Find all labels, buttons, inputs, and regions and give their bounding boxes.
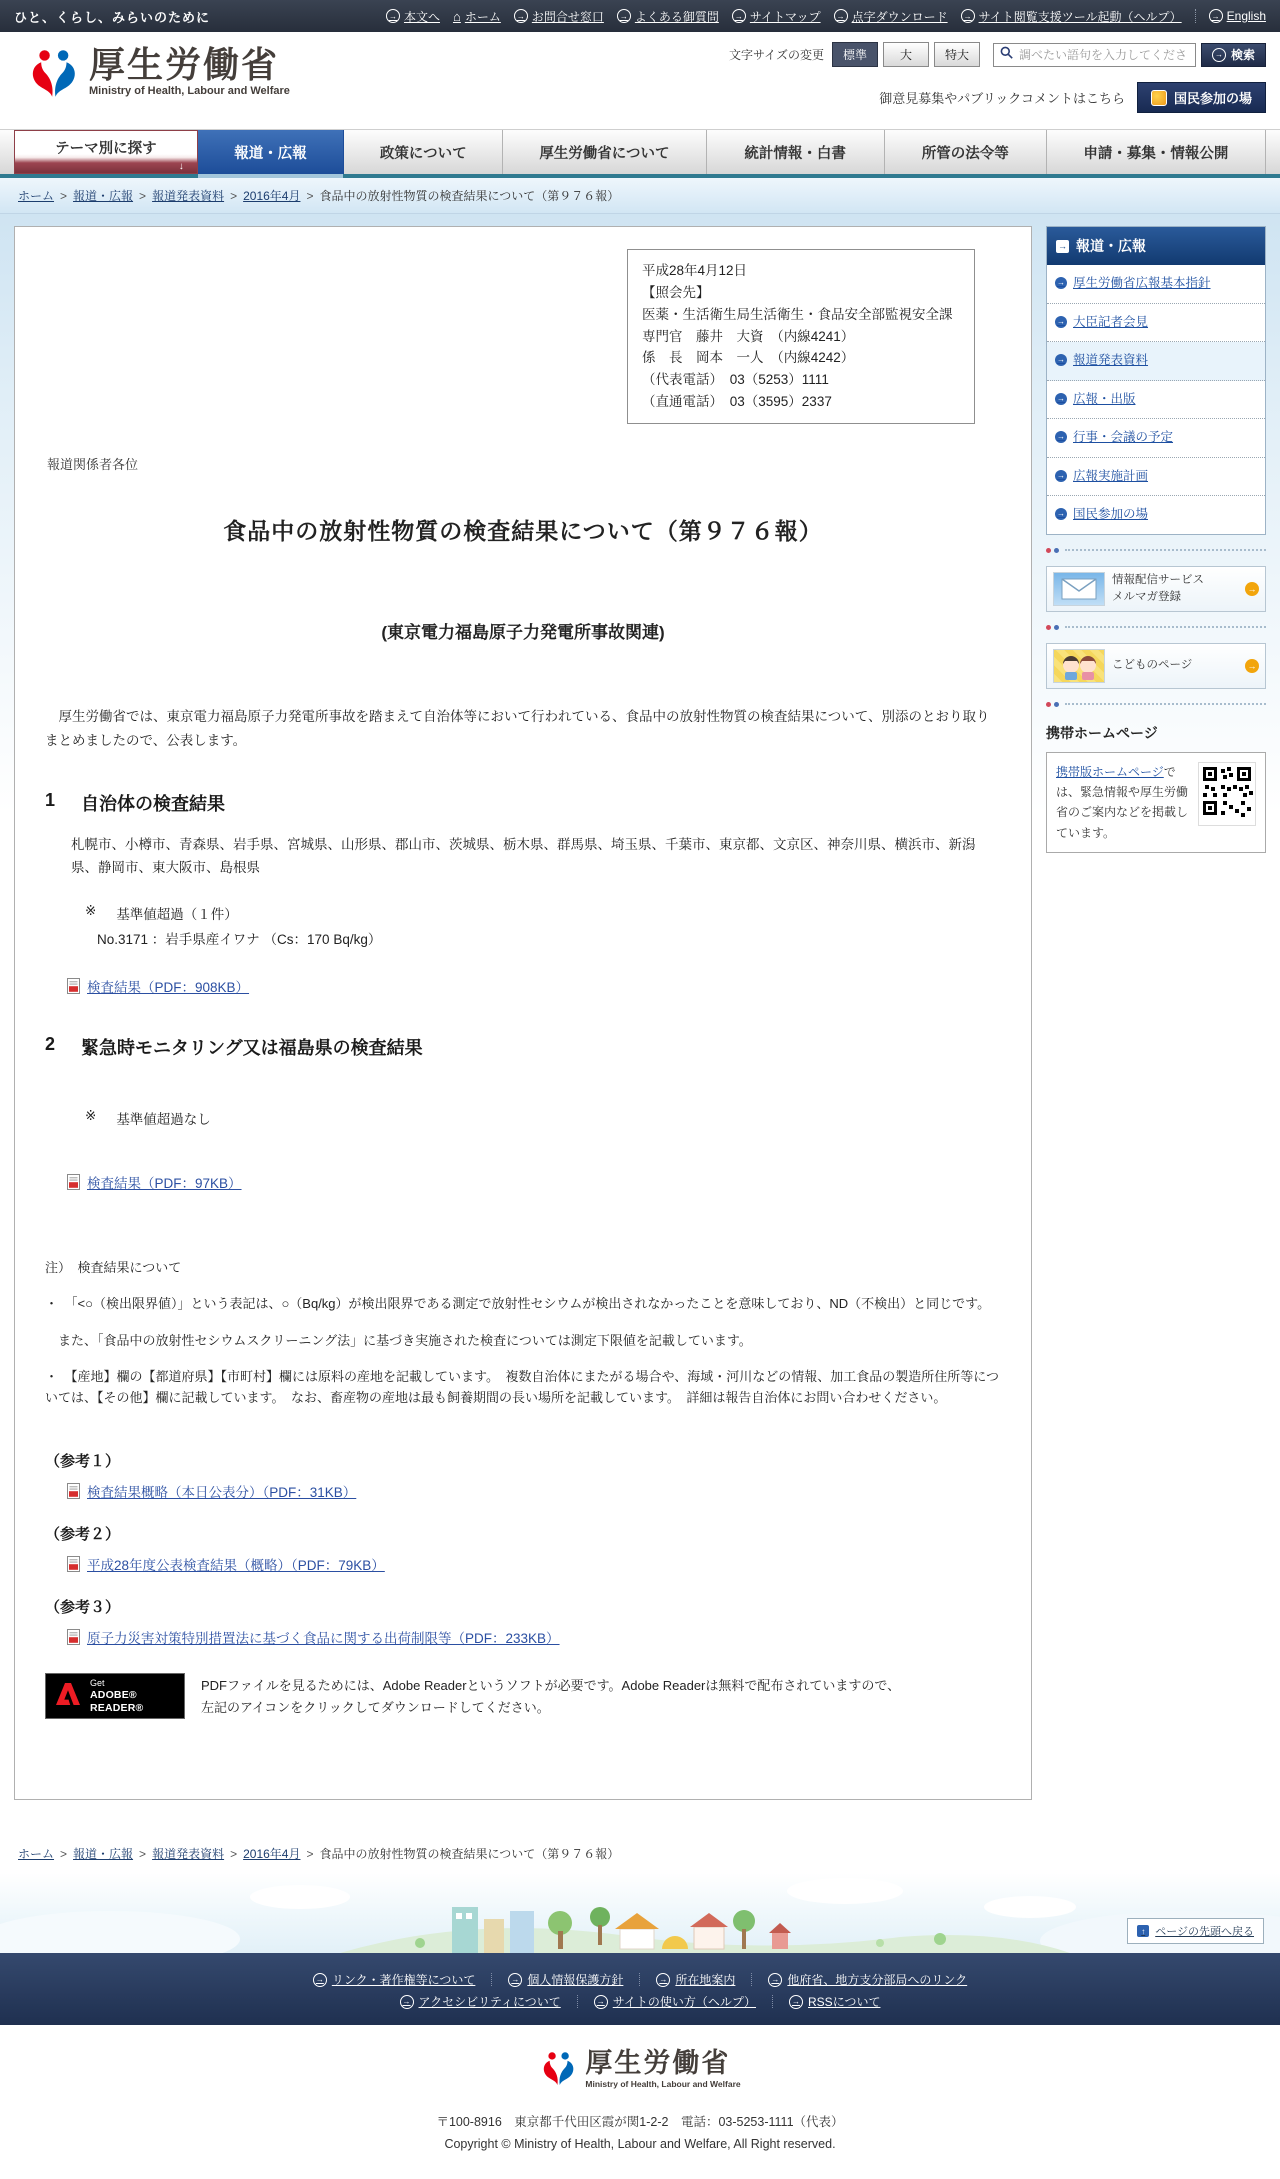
tab-applications[interactable]: 申請・募集・情報公開 [1047,130,1266,174]
mhlw-logo-icon [26,46,80,107]
contact-department: 医薬・生活衛生局生活衛生・食品安全部監視安全課 [642,304,960,326]
section-2-heading: 2緊急時モニタリング又は福島県の検査結果 [45,1034,1001,1060]
sidebar-header-label: 報道・広報 [1076,236,1146,256]
reference-2: （参考２） 平成28年度公表検査結果（概略）（PDF：79KB） [45,1523,1001,1574]
section-number: 1 [45,790,55,816]
back-to-top-label: ページの先頭へ戻る [1155,1923,1254,1939]
banner-text: こどものページ [1112,657,1238,673]
arrow-circle-icon: → [1055,354,1067,366]
font-size-large-button[interactable]: 大 [883,42,929,67]
chevron-down-icon: ↓ [179,161,184,172]
header-tools-row: 文字サイズの変更 標準 大 特大 →検索 [729,42,1266,67]
breadcrumb: ホーム> 報道・広報> 報道発表資料> 2016年4月> 食品中の放射性物質の検… [0,178,1280,214]
sidebar-item-pr-policy[interactable]: →厚生労働省広報基本指針 [1047,265,1265,304]
arrow-circle-icon: → [768,1973,782,1987]
pdf-link-row: 原子力災害対策特別措置法に基づく食品に関する出荷制限等（PDF：233KB） [67,1627,1001,1647]
salutation: 報道関係者各位 [47,454,1001,473]
footer-bottom: 厚生労働省 Ministry of Health, Labour and Wel… [0,2025,1280,2179]
intro-paragraph: 厚生労働省では、東京電力福島原子力発電所事故を踏まえて自治体等において行われてい… [45,705,1001,752]
breadcrumb-separator: > [230,1847,237,1861]
arrow-circle-icon: → [594,1995,608,2009]
divider [1046,625,1266,630]
mhlw-logo-icon [539,2049,577,2094]
link-label: RSSについて [808,1993,880,2010]
breadcrumb-april-2016[interactable]: 2016年4月 [243,1845,300,1862]
tab-statistics[interactable]: 統計情報・白書 [707,130,885,174]
pdf-link-row: 検査結果（PDF：97KB） [67,1172,1001,1192]
divider [1046,702,1266,707]
footer-link-other-ministries[interactable]: →他府省、地方支分部局へのリンク [752,1971,983,1988]
link-label: 点字ダウンロード [852,8,948,25]
arrow-circle-icon: → [656,1973,670,1987]
press-release-date: 平成28年4月12日 [642,260,960,282]
sidebar-item-pr-plan[interactable]: →広報実施計画 [1047,458,1265,497]
arrow-circle-icon: → [1212,48,1226,62]
pdf-link-reference-2[interactable]: 平成28年度公表検査結果（概略）（PDF：79KB） [87,1554,385,1574]
page-subtitle: (東京電力福島原子力発電所事故関連) [45,618,1001,643]
contact-phone-main: （代表電話） 03（5253）1111 [642,369,960,391]
footer-link-location[interactable]: →所在地案内 [640,1971,751,1988]
town-scene [0,1873,1280,1953]
footer-address: 〒100-8916 東京都千代田区霞が関1-2-2 電話：03-5253-111… [0,2112,1280,2130]
arrow-circle-icon: → [508,1973,522,1987]
link-label: サイトの使い方（ヘルプ） [613,1993,756,2010]
footer-links: →リンク・著作権等について →個人情報保護方針 →所在地案内 →他府省、地方支分… [0,1953,1280,2025]
contact-heading: 【照会先】 [642,282,960,304]
font-size-standard-button[interactable]: 標準 [832,42,878,67]
arrow-circle-icon: → [1055,431,1067,443]
mobile-homepage-heading: 携帯ホームページ [1046,723,1266,743]
adobe-reader-section: Get ADOBE® READER® PDFファイルを見るためには、Adobe … [45,1673,1001,1719]
header-right: 文字サイズの変更 標準 大 特大 →検索 御意見募集やパブリックコメントはこちら… [729,42,1266,113]
link-label: 所在地案内 [675,1971,735,1988]
sitemap-link[interactable]: →サイトマップ [732,8,821,25]
logo-subtitle: Ministry of Health, Labour and Welfare [89,85,290,97]
adobe-name-label: ADOBE® READER® [90,1689,175,1715]
notes-item-1b: また、「食品中の放射性セシウムスクリーニング法」に基づき実施された検査については… [45,1331,1001,1352]
adobe-get-label: Get [90,1678,175,1689]
arrow-circle-icon: → [1055,316,1067,328]
footer-copyright: Copyright © Ministry of Health, Labour a… [0,2137,1280,2151]
children-icon [1053,649,1105,683]
sidebar-item-label: 大臣記者会見 [1073,314,1148,332]
search-box [993,43,1196,67]
arrow-circle-icon: → [961,9,975,23]
envelope-icon [1053,572,1105,606]
banner-line-1: 情報配信サービス [1112,572,1238,588]
notes-heading: 注） 検査結果について [45,1258,1001,1279]
arrow-circle-icon: → [732,9,746,23]
search-icon [1000,46,1013,64]
section-number: 2 [45,1034,55,1060]
mobile-homepage-link[interactable]: 携帯版ホームページ [1056,765,1164,779]
main-content: 平成28年4月12日 【照会先】 医薬・生活衛生局生活衛生・食品安全部監視安全課… [14,226,1032,1800]
tab-laws[interactable]: 所管の法令等 [885,130,1047,174]
breadcrumb-separator: > [60,1847,67,1861]
qr-code [1198,762,1256,826]
pdf-icon [67,1556,80,1572]
notes-item-1: ・ 「<○（検出限界値）」という表記は、○（Bq/kg）が検出限界である測定で放… [45,1294,1001,1315]
site-tagline: ひと、くらし、みらいのために [14,7,210,26]
breadcrumb-home[interactable]: ホーム [18,187,54,204]
breadcrumb-separator: > [306,1847,313,1861]
sidebar-item-minister-conference[interactable]: →大臣記者会見 [1047,304,1265,343]
tab-press[interactable]: 報道・広報 [198,130,344,174]
link-label: サイト閲覧支援ツール起動（ヘルプ） [979,8,1182,25]
contact-person-1: 専門官 藤井 大資 （内線4241） [642,326,960,348]
contact-info-box: 平成28年4月12日 【照会先】 医薬・生活衛生局生活衛生・食品安全部監視安全課… [627,249,975,424]
arrow-circle-icon: → [1055,508,1067,520]
link-label: English [1227,9,1266,23]
section-title: 緊急時モニタリング又は福島県の検査結果 [81,1034,423,1060]
search-button[interactable]: →検索 [1201,43,1266,67]
sidebar-item-press-releases[interactable]: →報道発表資料 [1047,342,1265,381]
tab-label: テーマ別に探す [55,137,157,158]
font-size-xlarge-button[interactable]: 特大 [934,42,980,67]
contact-link[interactable]: →お問合せ窓口 [514,8,604,25]
footer-link-rss[interactable]: →RSSについて [773,1993,896,2010]
site-header: 厚生労働省 Ministry of Health, Labour and Wel… [0,32,1280,129]
adobe-reader-badge[interactable]: Get ADOBE® READER® [45,1673,185,1719]
sidebar-nav: →報道・広報 →厚生労働省広報基本指針 →大臣記者会見 →報道発表資料 →広報・… [1046,226,1266,535]
footer-logo-title: 厚生労働省 [585,2049,740,2077]
skip-to-content-link[interactable]: →本文へ [386,8,440,25]
sidebar-item-label: 報道発表資料 [1073,352,1148,370]
faq-link[interactable]: →よくある御質問 [617,8,719,25]
municipality-list: 札幌市、小樽市、青森県、岩手県、宮城県、山形県、郡山市、茨城県、栃木県、群馬県、… [71,834,1001,879]
breadcrumb-separator: > [306,189,313,203]
back-to-top-button[interactable]: ↑ページの先頭へ戻る [1127,1918,1264,1944]
breadcrumb-bottom: ホーム> 報道・広報> 報道発表資料> 2016年4月> 食品中の放射性物質の検… [0,1834,1280,1873]
arrow-circle-icon: → [834,9,848,23]
note-mark: ※ [85,1108,96,1128]
pdf-link-reference-3[interactable]: 原子力災害対策特別措置法に基づく食品に関する出荷制限等（PDF：233KB） [87,1627,560,1647]
breadcrumb-press[interactable]: 報道・広報 [73,187,133,204]
search-button-label: 検索 [1231,46,1255,63]
breadcrumb-current: 食品中の放射性物質の検査結果について（第９７６報） [319,1845,619,1862]
pdf-link-reference-1[interactable]: 検査結果概略（本日公表分）（PDF：31KB） [87,1481,356,1501]
top-utility-bar: ひと、くらし、みらいのために →本文へ ⌂ホーム →お問合せ窓口 →よくある御質… [0,0,1280,32]
footer-illustration: ↑ページの先頭へ戻る [0,1873,1280,1953]
arrow-circle-icon: → [1245,659,1259,673]
footer-links-row-1: →リンク・著作権等について →個人情報保護方針 →所在地案内 →他府省、地方支分… [0,1971,1280,1988]
banner-text: 情報配信サービス メルマガ登録 [1112,572,1238,604]
arrow-circle-icon: → [1055,393,1067,405]
footer-link-privacy[interactable]: →個人情報保護方針 [492,1971,639,1988]
people-icon [1151,90,1167,106]
reference-label: （参考２） [45,1523,1001,1544]
footer-link-site-help[interactable]: →サイトの使い方（ヘルプ） [578,1993,772,2010]
home-icon: ⌂ [453,10,461,23]
contact-phone-direct: （直通電話） 03（3595）2337 [642,391,960,413]
pdf-link-results-2[interactable]: 検査結果（PDF：97KB） [87,1172,242,1192]
sidebar-item-label: 国民参加の場 [1073,506,1148,524]
sidebar-item-participation[interactable]: →国民参加の場 [1047,496,1265,534]
english-link[interactable]: →English [1209,9,1266,23]
reference-3: （参考３） 原子力災害対策特別措置法に基づく食品に関する出荷制限等（PDF：23… [45,1596,1001,1647]
font-size-label: 文字サイズの変更 [729,46,824,63]
breadcrumb-current: 食品中の放射性物質の検査結果について（第９７６報） [319,187,619,204]
reference-1: （参考１） 検査結果概略（本日公表分）（PDF：31KB） [45,1450,1001,1501]
pdf-link-results-1[interactable]: 検査結果（PDF：908KB） [87,976,249,996]
footer-links-row-2: →アクセシビリティについて →サイトの使い方（ヘルプ） →RSSについて [0,1993,1280,2010]
footer-logo-subtitle: Ministry of Health, Labour and Welfare [585,2079,740,2089]
pdf-icon [67,978,80,994]
home-link[interactable]: ⌂ホーム [453,8,501,25]
footer-mhlw-logo[interactable]: 厚生労働省 Ministry of Health, Labour and Wel… [539,2049,740,2094]
arrow-circle-icon: → [1055,277,1067,289]
arrow-circle-icon: → [1055,470,1067,482]
main-nav: テーマ別に探す↓ 報道・広報 政策について 厚生労働省について 統計情報・白書 … [0,129,1280,178]
breadcrumb-home[interactable]: ホーム [18,1845,54,1862]
pdf-icon [67,1629,80,1645]
arrow-circle-icon: → [386,9,400,23]
reference-label: （参考１） [45,1450,1001,1471]
logo-title: 厚生労働省 [89,46,290,84]
note-text: 基準値超過（１件） [116,903,238,923]
arrow-circle-icon: → [514,9,528,23]
braille-download-link[interactable]: →点字ダウンロード [834,8,948,25]
page-body: 平成28年4月12日 【照会先】 医薬・生活衛生局生活衛生・食品安全部監視安全課… [0,214,1280,1834]
breadcrumb-press[interactable]: 報道・広報 [73,1845,133,1862]
accessibility-tool-link[interactable]: →サイト閲覧支援ツール起動（ヘルプ） [961,8,1182,25]
contact-person-2: 係 長 岡本 一人 （内線4242） [642,347,960,369]
participation-label: 国民参加の場 [1174,88,1252,107]
exceedance-detail: No.3171 ：岩手県産イワナ （Cs：170 Bq/kg） [97,928,1001,948]
tab-about-mhlw[interactable]: 厚生労働省について [503,130,706,174]
pdf-link-row: 検査結果（PDF：908KB） [67,976,1001,996]
kids-page-banner[interactable]: こどものページ → [1046,643,1266,689]
adobe-note-text: PDFファイルを見るためには、Adobe Readerというソフトが必要です。A… [201,1675,901,1718]
link-label: 他府省、地方支分部局へのリンク [787,1971,967,1988]
breadcrumb-press-releases[interactable]: 報道発表資料 [152,187,224,204]
arrow-circle-icon: → [789,1995,803,2009]
sidebar-item-label: 広報・出版 [1073,391,1136,409]
section-1-heading: 1自治体の検査結果 [45,790,1001,816]
arrow-circle-icon: → [1245,582,1259,596]
search-input[interactable] [1017,47,1189,63]
adobe-badge-text: Get ADOBE® READER® [90,1678,175,1716]
sidebar-item-publications[interactable]: →広報・出版 [1047,381,1265,420]
adobe-logo-icon [55,1682,81,1711]
breadcrumb-press-releases[interactable]: 報道発表資料 [152,1845,224,1862]
note-mark: ※ [85,903,96,923]
divider [1046,548,1266,553]
sidebar-item-events-schedule[interactable]: →行事・会議の予定 [1047,419,1265,458]
link-label: お問合せ窓口 [532,8,604,25]
sidebar-header: →報道・広報 [1047,227,1265,265]
link-label: ホーム [465,8,501,25]
public-comment-text: 御意見募集やパブリックコメントはこちら [879,88,1125,107]
sidebar: →報道・広報 →厚生労働省広報基本指針 →大臣記者会見 →報道発表資料 →広報・… [1046,226,1266,853]
link-label: 本文へ [404,8,440,25]
breadcrumb-april-2016[interactable]: 2016年4月 [243,187,300,204]
pdf-icon [67,1483,80,1499]
arrow-circle-icon: → [1209,9,1223,23]
link-label: よくある御質問 [635,8,719,25]
pdf-link-row: 平成28年度公表検査結果（概略）（PDF：79KB） [67,1554,1001,1574]
page-title: 食品中の放射性物質の検査結果について（第９７６報） [45,513,1001,546]
section-title: 自治体の検査結果 [81,790,225,816]
link-label: アクセシビリティについて [419,1993,561,2010]
note-text: 基準値超過なし [116,1108,211,1128]
exceedance-note: ※基準値超過（１件） [85,903,1001,923]
footer-link-copyright[interactable]: →リンク・著作権等について [297,1971,492,1988]
arrow-icon: → [1056,240,1069,253]
mhlw-logo[interactable]: 厚生労働省 Ministry of Health, Labour and Wel… [26,46,290,107]
pdf-icon [67,1174,80,1190]
link-label: リンク・著作権等について [332,1971,476,1988]
pdf-link-row: 検査結果概略（本日公表分）（PDF：31KB） [67,1481,1001,1501]
divider [1195,9,1196,23]
arrow-circle-icon: → [400,1995,414,2009]
sidebar-item-label: 広報実施計画 [1073,468,1148,486]
sidebar-item-label: 厚生労働省広報基本指針 [1073,275,1211,293]
breadcrumb-separator: > [139,189,146,203]
banner-line-2: メルマガ登録 [1112,589,1238,605]
mobile-homepage-box: 携帯版ホームページでは、緊急情報や厚生労働省のご案内などを掲載しています。 [1046,752,1266,854]
tab-policy[interactable]: 政策について [344,130,503,174]
public-comment-row: 御意見募集やパブリックコメントはこちら 国民参加の場 [729,82,1266,113]
breadcrumb-separator: > [230,189,237,203]
breadcrumb-separator: > [60,189,67,203]
notes-item-2: ・ 【産地】欄の【都道府県】【市町村】欄には原料の産地を記載しています。 複数自… [45,1367,1001,1408]
up-arrow-icon: ↑ [1137,1925,1149,1937]
footer-link-accessibility[interactable]: →アクセシビリティについて [384,1993,577,2010]
reference-label: （参考３） [45,1596,1001,1617]
tab-theme-search[interactable]: テーマ別に探す↓ [14,130,198,174]
sidebar-item-label: 行事・会議の予定 [1073,429,1173,447]
utility-nav: →本文へ ⌂ホーム →お問合せ窓口 →よくある御質問 →サイトマップ →点字ダウ… [386,8,1266,25]
mail-magazine-banner[interactable]: 情報配信サービス メルマガ登録 → [1046,566,1266,612]
public-participation-button[interactable]: 国民参加の場 [1137,82,1266,113]
link-label: 個人情報保護方針 [527,1971,623,1988]
notes-section: 注） 検査結果について ・ 「<○（検出限界値）」という表記は、○（Bq/kg）… [45,1258,1001,1409]
arrow-circle-icon: → [617,9,631,23]
no-exceedance-note: ※基準値超過なし [85,1108,1001,1128]
arrow-circle-icon: → [313,1973,327,1987]
link-label: サイトマップ [750,8,821,25]
breadcrumb-separator: > [139,1847,146,1861]
